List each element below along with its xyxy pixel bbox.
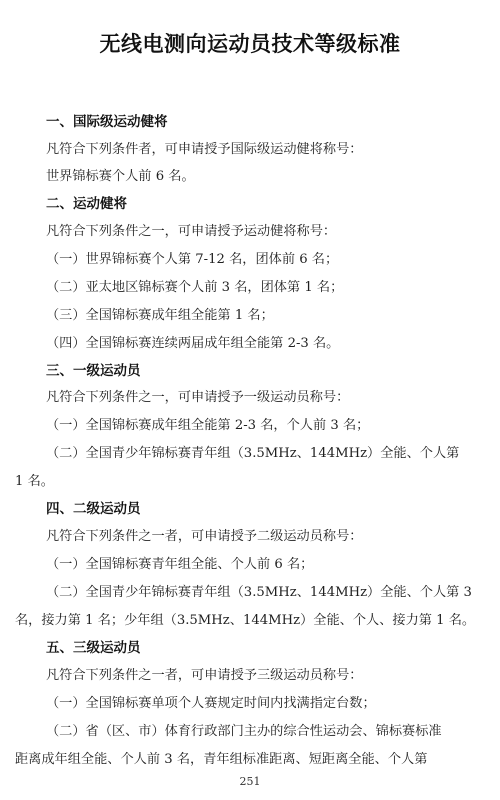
list-item: （二）全国青少年锦标赛青年组（3.5MHz、144MHz）全能、个人第 xyxy=(46,442,459,461)
list-item: （一）全国锦标赛单项个人赛规定时间内找满指定台数； xyxy=(46,692,376,711)
list-item-continuation: 名，接力第 1 名；少年组（3.5MHz、144MHz）全能、个人、接力第 1 … xyxy=(15,609,475,628)
body-text: 凡符合下列条件之一，可申请授予一级运动员称号： xyxy=(46,386,349,405)
body-text: 凡符合下列条件者，可申请授予国际级运动健将称号： xyxy=(46,138,363,157)
list-item: （一）全国锦标赛青年组全能、个人前 6 名； xyxy=(46,553,313,572)
list-item: （二）全国青少年锦标赛青年组（3.5MHz、144MHz）全能、个人第 3 xyxy=(46,581,472,600)
list-item: （一）世界锦标赛个人第 7-12 名，团体前 6 名； xyxy=(46,248,338,267)
list-item-continuation: 距离成年组全能、个人前 3 名，青年组标准距离、短距离全能、个人第 xyxy=(15,748,427,767)
section-heading-first-class: 三、一级运动员 xyxy=(46,359,141,379)
list-item: （三）全国锦标赛成年组全能第 1 名； xyxy=(46,304,274,323)
list-item: （二）省（区、市）体育行政部门主办的综合性运动会、锦标赛标准 xyxy=(46,720,442,739)
list-item: （四）全国锦标赛连续两届成年组全能第 2-3 名。 xyxy=(46,332,339,351)
list-item-continuation: 1 名。 xyxy=(15,470,54,489)
body-text: 凡符合下列条件之一，可申请授予运动健将称号： xyxy=(46,220,336,239)
page-number: 251 xyxy=(0,775,500,788)
list-item: （二）亚太地区锦标赛个人前 3 名，团体第 1 名； xyxy=(46,276,343,295)
body-text: 世界锦标赛个人前 6 名。 xyxy=(46,165,195,184)
list-item: （一）全国锦标赛成年组全能第 2-3 名，个人前 3 名； xyxy=(46,414,369,433)
section-heading-international-master: 一、国际级运动健将 xyxy=(46,110,168,130)
body-text: 凡符合下列条件之一者，可申请授予三级运动员称号： xyxy=(46,664,363,683)
section-heading-master: 二、运动健将 xyxy=(46,192,127,212)
document-title: 无线电测向运动员技术等级标准 xyxy=(0,28,500,58)
section-heading-third-class: 五、三级运动员 xyxy=(46,636,141,656)
body-text: 凡符合下列条件之一者，可申请授予二级运动员称号： xyxy=(46,525,363,544)
section-heading-second-class: 四、二级运动员 xyxy=(46,497,141,517)
